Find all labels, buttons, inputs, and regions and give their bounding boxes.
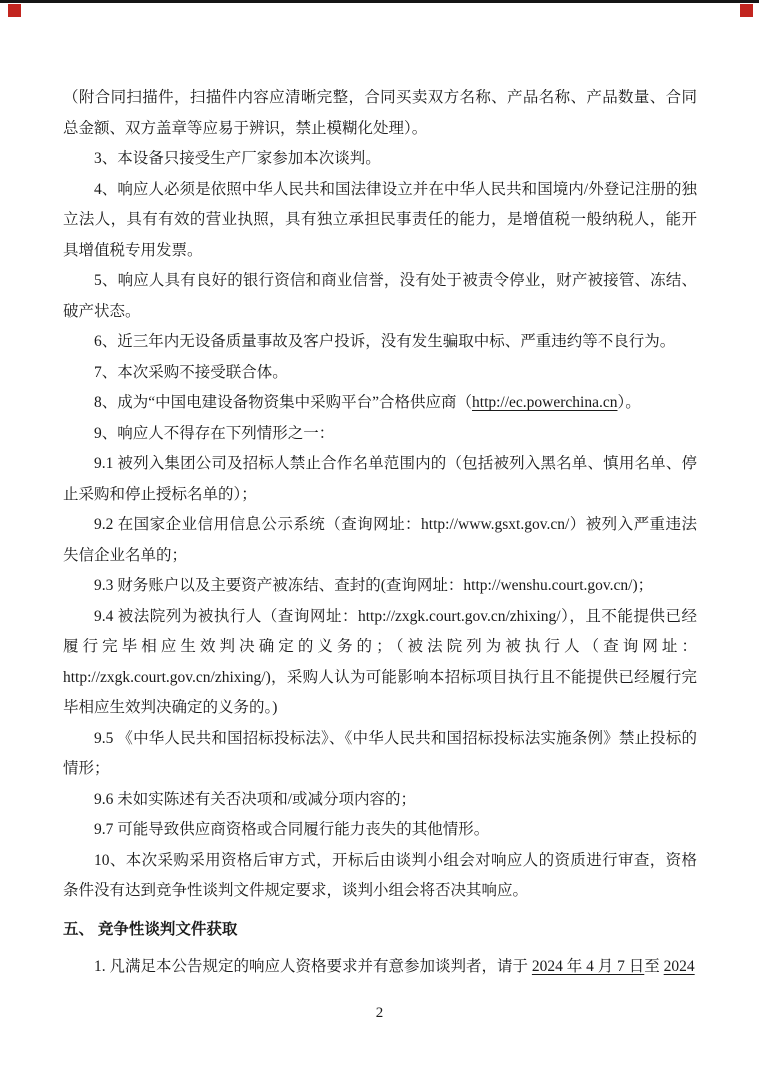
- para-item-9-1: 9.1 被列入集团公司及招标人禁止合作名单范围内的（包括被列入黑名单、慎用名单、…: [63, 449, 697, 510]
- hyperlink-text[interactable]: http://ec.powerchina.cn: [472, 394, 617, 411]
- text-run: 9.4 被法院列为被执行人（查询网址：http://zxgk.court.gov…: [63, 608, 697, 717]
- text-run: （附合同扫描件，扫描件内容应清晰完整，合同买卖双方名称、产品名称、产品数量、合同…: [63, 89, 697, 137]
- page-number: 2: [0, 1002, 759, 1024]
- text-run: 7、本次采购不接受联合体。: [94, 364, 288, 381]
- document-page: （附合同扫描件，扫描件内容应清晰完整，合同买卖双方名称、产品名称、产品数量、合同…: [0, 0, 759, 1080]
- heading-section-5: 五、 竞争性谈判文件获取: [63, 915, 697, 946]
- text-run: 3、本设备只接受生产厂家参加本次谈判。: [94, 150, 381, 167]
- text-run: 2024: [664, 958, 695, 975]
- para-section5-item-1: 1. 凡满足本公告规定的响应人资格要求并有意参加谈判者，请于 2024 年 4 …: [63, 952, 697, 983]
- para-item-5: 5、响应人具有良好的银行资信和商业信誉，没有处于被责令停业，财产被接管、冻结、破…: [63, 266, 697, 327]
- document-body: （附合同扫描件，扫描件内容应清晰完整，合同买卖双方名称、产品名称、产品数量、合同…: [63, 83, 697, 983]
- para-item-7: 7、本次采购不接受联合体。: [63, 358, 697, 389]
- para-item-9-6: 9.6 未如实陈述有关否决项和/或减分项内容的；: [63, 785, 697, 816]
- para-item-8: 8、成为“中国电建设备物资集中采购平台”合格供应商（http://ec.powe…: [63, 388, 697, 419]
- para-contract-scan-note: （附合同扫描件，扫描件内容应清晰完整，合同买卖双方名称、产品名称、产品数量、合同…: [63, 83, 697, 144]
- text-run: 9、响应人不得存在下列情形之一：: [94, 425, 334, 442]
- text-run: 9.2 在国家企业信用信息公示系统（查询网址：http://www.gsxt.g…: [63, 516, 697, 564]
- text-run: 5、响应人具有良好的银行资信和商业信誉，没有处于被责令停业，财产被接管、冻结、破…: [63, 272, 697, 320]
- text-run: ）。: [618, 394, 641, 411]
- para-item-9: 9、响应人不得存在下列情形之一：: [63, 419, 697, 450]
- para-item-9-3: 9.3 财务账户以及主要资产被冻结、查封的(查询网址：http://wenshu…: [63, 571, 697, 602]
- para-item-9-2: 9.2 在国家企业信用信息公示系统（查询网址：http://www.gsxt.g…: [63, 510, 697, 571]
- text-run: 9.6 未如实陈述有关否决项和/或减分项内容的；: [94, 791, 416, 808]
- text-run: 4、响应人必须是依照中华人民共和国法律设立并在中华人民共和国境内/外登记注册的独…: [63, 181, 697, 259]
- para-item-4: 4、响应人必须是依照中华人民共和国法律设立并在中华人民共和国境内/外登记注册的独…: [63, 175, 697, 267]
- para-item-9-4: 9.4 被法院列为被执行人（查询网址：http://zxgk.court.gov…: [63, 602, 697, 724]
- red-corner-mark-right: [740, 4, 753, 17]
- text-run: 10、本次采购采用资格后审方式，开标后由谈判小组会对响应人的资质进行审查，资格条…: [63, 852, 697, 900]
- para-item-6: 6、近三年内无设备质量事故及客户投诉，没有发生骗取中标、严重违约等不良行为。: [63, 327, 697, 358]
- para-item-3: 3、本设备只接受生产厂家参加本次谈判。: [63, 144, 697, 175]
- text-run: 6、近三年内无设备质量事故及客户投诉，没有发生骗取中标、严重违约等不良行为。: [94, 333, 675, 350]
- text-run: 9.5 《中华人民共和国招标投标法》、《中华人民共和国招标投标法实施条例》禁止投…: [63, 730, 697, 778]
- para-item-9-5: 9.5 《中华人民共和国招标投标法》、《中华人民共和国招标投标法实施条例》禁止投…: [63, 724, 697, 785]
- text-run: 五、 竞争性谈判文件获取: [63, 921, 237, 938]
- text-run: 9.1 被列入集团公司及招标人禁止合作名单范围内的（包括被列入黑名单、慎用名单、…: [63, 455, 697, 503]
- text-run: 9.7 可能导致供应商资格或合同履行能力丧失的其他情形。: [94, 821, 489, 838]
- page-top-edge: [0, 0, 759, 3]
- text-run: 8、成为“中国电建设备物资集中采购平台”合格供应商（: [94, 394, 472, 411]
- red-corner-mark-left: [8, 4, 21, 17]
- para-item-10: 10、本次采购采用资格后审方式，开标后由谈判小组会对响应人的资质进行审查，资格条…: [63, 846, 697, 907]
- text-run: 至: [644, 958, 663, 975]
- text-run: 1. 凡满足本公告规定的响应人资格要求并有意参加谈判者，请于: [94, 958, 532, 975]
- text-run: 9.3 财务账户以及主要资产被冻结、查封的(查询网址：http://wenshu…: [94, 577, 653, 594]
- para-item-9-7: 9.7 可能导致供应商资格或合同履行能力丧失的其他情形。: [63, 815, 697, 846]
- text-run: 2024 年 4 月 7 日: [532, 958, 644, 975]
